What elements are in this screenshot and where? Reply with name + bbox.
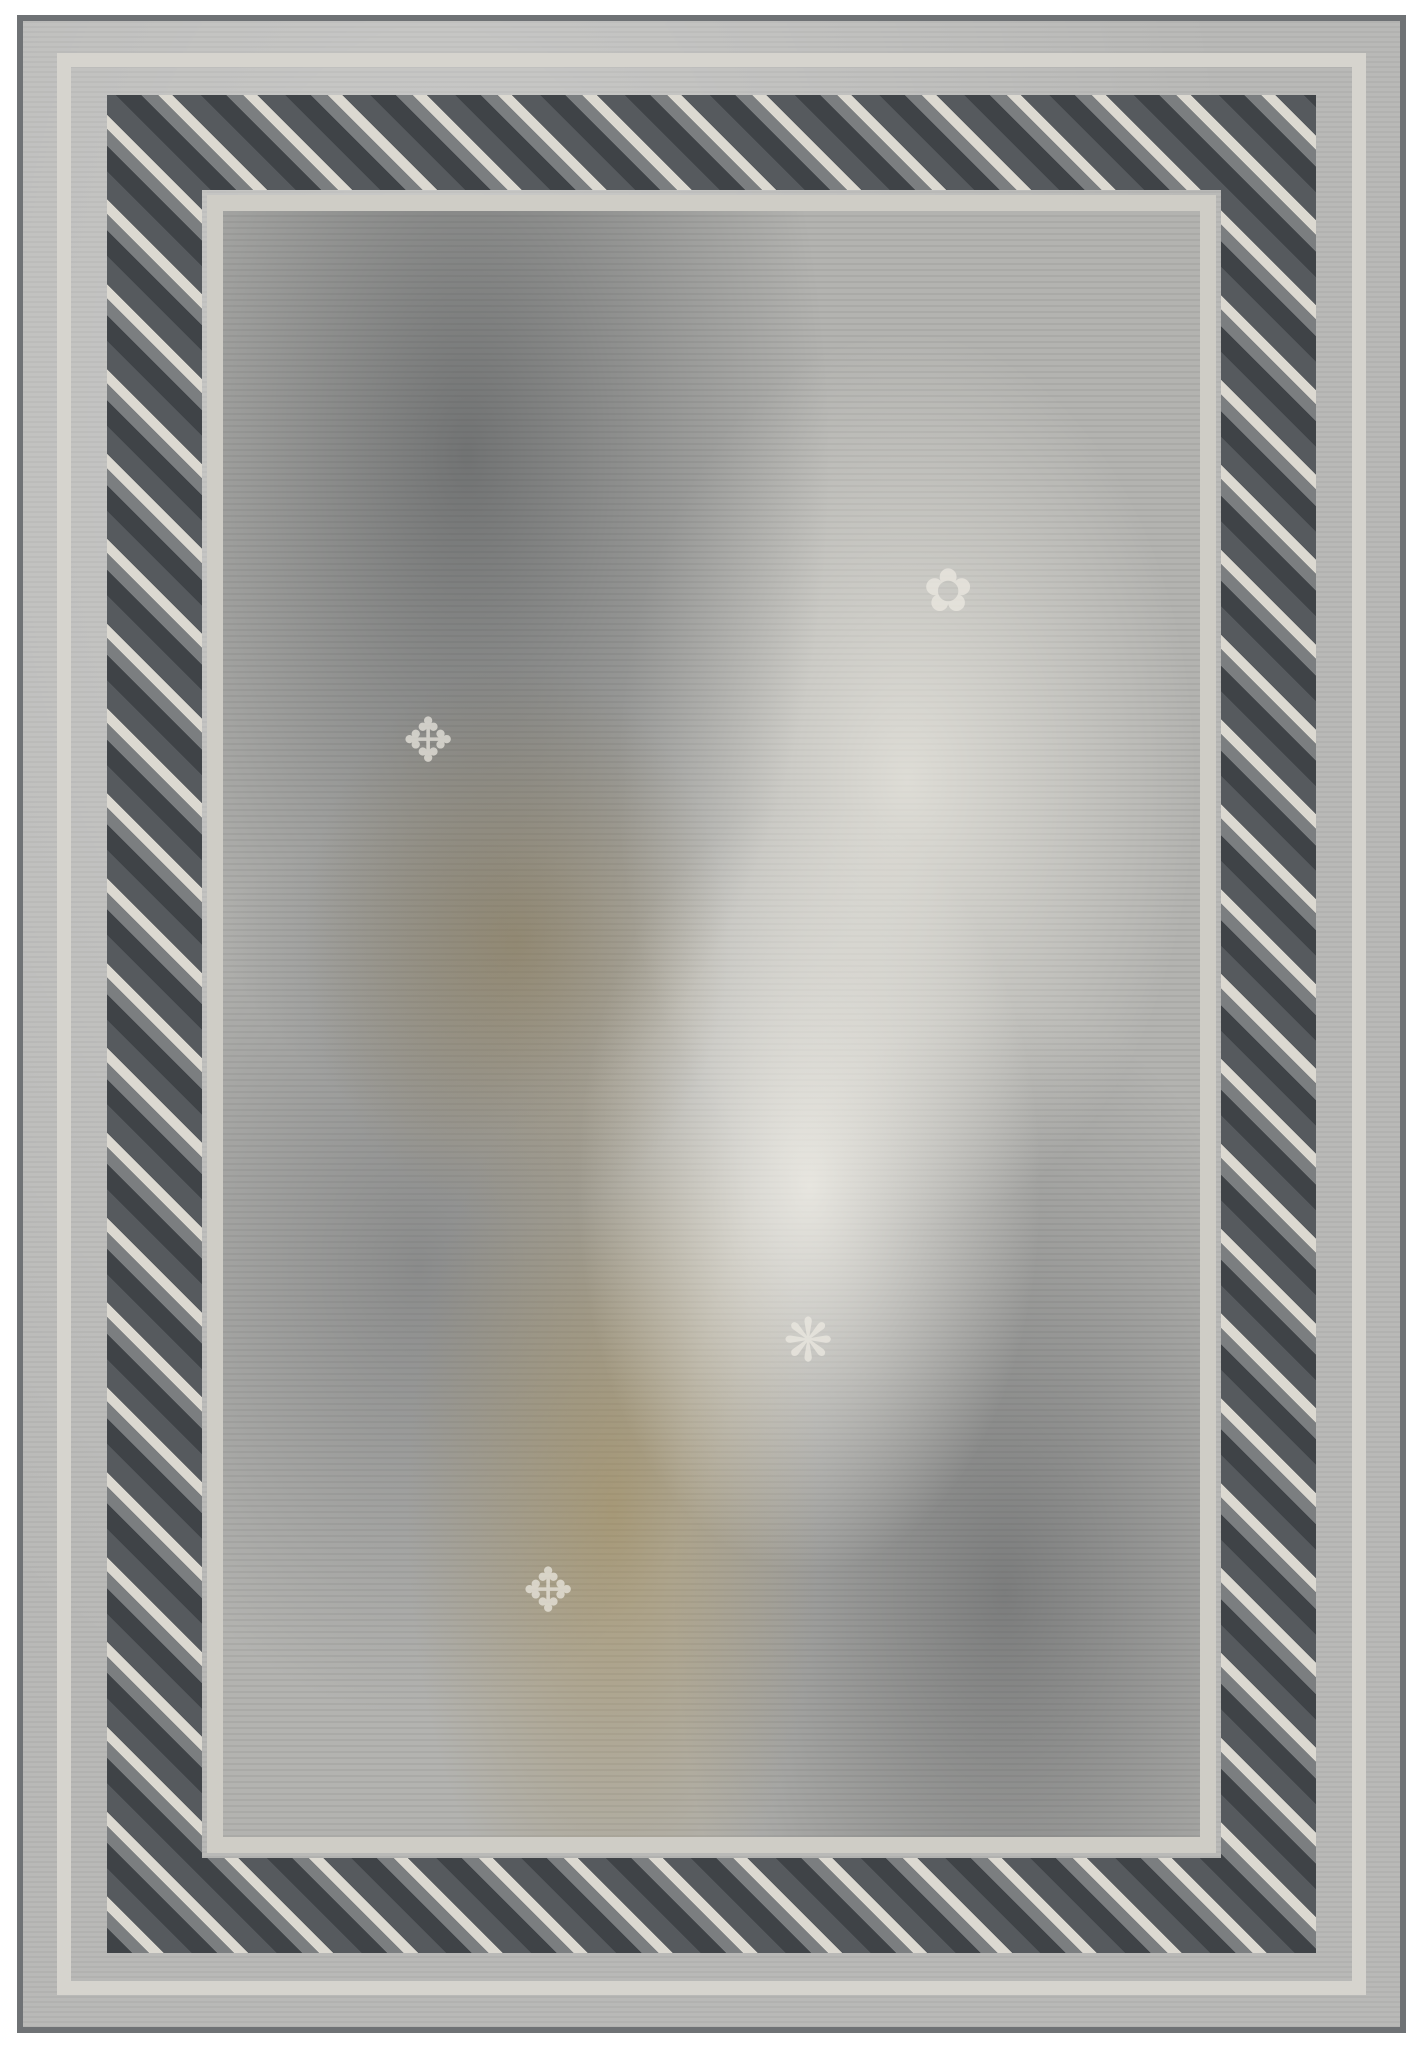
rosette-motif-icon: ❋ <box>783 1311 833 1371</box>
tree-motif-icon: ✥ <box>523 1561 573 1621</box>
distressed-central-field: ✥ ❋ ✥ ✿ <box>223 211 1200 1837</box>
tree-motif-icon: ✥ <box>403 711 453 771</box>
rug: ✥ ❋ ✥ ✿ <box>17 15 1406 2033</box>
flower-motif-icon: ✿ <box>923 561 973 621</box>
